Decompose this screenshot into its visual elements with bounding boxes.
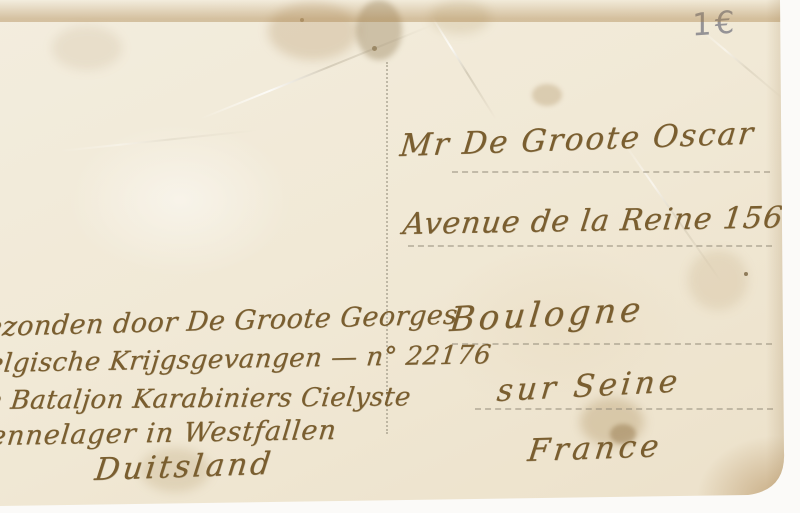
address-line: Avenue de la Reine 156 [401, 200, 786, 242]
message-line: ennelager in Westfallen [0, 415, 338, 452]
message-line: Duitsland [93, 446, 276, 488]
postcard: 1€ ezonden door De Groote Georges elgisc… [0, 0, 800, 513]
paper-stain [532, 84, 562, 106]
scan-background: 1€ ezonden door De Groote Georges elgisc… [0, 0, 800, 513]
address-line: sur Seine [495, 363, 683, 409]
address-ruled-line [475, 408, 773, 410]
paper-stain [52, 26, 122, 70]
card-bottom-edge-shade [0, 0, 800, 22]
address-ruled-line [452, 171, 770, 173]
address-divider-line [386, 62, 388, 434]
message-line: elgische Krijgsgevangen — n° 22176 [0, 340, 493, 379]
address-ruled-line [452, 343, 772, 345]
address-line: France [526, 428, 665, 469]
address-ruled-line [408, 245, 772, 247]
address-line: Mr De Groote Oscar [398, 116, 757, 165]
card-corner-shade [690, 430, 790, 510]
message-line: ezonden door De Groote Georges [0, 300, 459, 343]
address-line: Boulogne [448, 290, 646, 340]
message-line: e Bataljon Karabiniers Cielyste [0, 382, 413, 416]
paper-crease [60, 129, 259, 152]
ink-speck [744, 272, 748, 276]
